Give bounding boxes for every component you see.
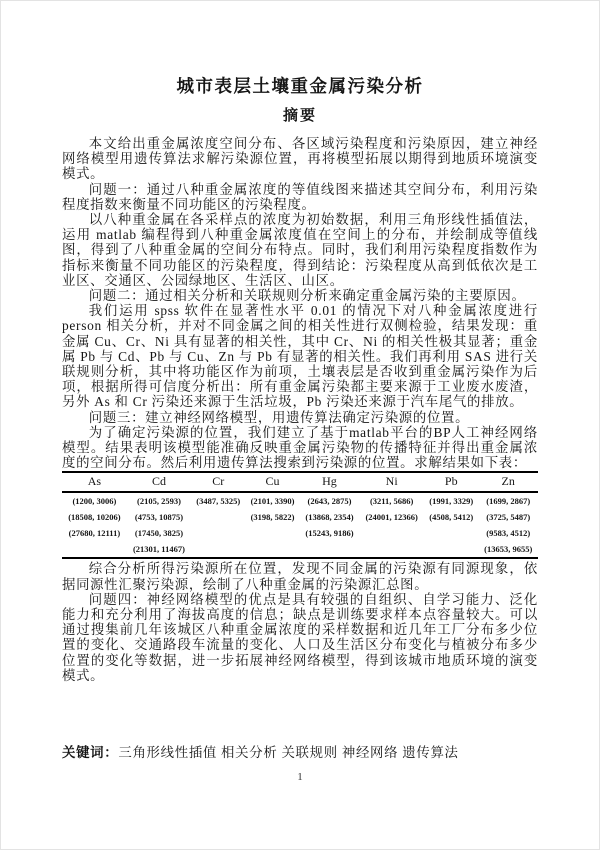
problem2-detail-paragraph: 我们运用 spss 软件在显著性水平 0.01 的情况下对八种金属浓度进行 pe… [62,303,538,409]
summary-paragraph: 综合分析所得污染源所在位置，发现不同金属的污染源有同源现象，依据同源性汇聚污染源… [62,561,538,591]
table-cell: (15243, 9186) [300,525,360,541]
table-cell: (4508, 5412) [424,509,478,525]
table-cell: (24001, 12366) [359,509,424,525]
page-number: 1 [1,771,599,783]
problem4-paragraph: 问题四：神经网络模型的优点是具有较强的自组织、自学习能力、泛化能力和充分利用了海… [62,592,538,683]
table-cell [245,525,299,541]
table-cell: (1699, 2867) [478,492,538,509]
table-cell: (3725, 5487) [478,509,538,525]
table-cell: (17450, 3825) [127,525,191,541]
table-cell: (13653, 9655) [478,541,538,558]
column-header-pb: Pb [424,472,478,492]
table-cell: (2105, 2593) [127,492,191,509]
keywords-terms: 三角形线性插值 相关分析 关联规则 神经网络 遗传算法 [118,745,458,760]
table-row: (1200, 3006) (2105, 2593) (3487, 5325) (… [62,492,538,509]
abstract-heading: 摘要 [62,107,538,125]
table-cell: (18508, 10206) [62,509,127,525]
table-cell [62,541,127,558]
paper-page: 城市表层土壤重金属污染分析 摘要 本文给出重金属浓度空间分布、各区域污染程度和污… [0,0,600,850]
table-cell: (4753, 10875) [127,509,191,525]
table-cell: (27680, 12111) [62,525,127,541]
table-cell: (1991, 3329) [424,492,478,509]
column-header-hg: Hg [300,472,360,492]
problem3-detail-paragraph: 为了确定污染源的位置，我们建立了基于matlab平台的BP人工神经网络模型。结果… [62,425,538,471]
table-cell [359,525,424,541]
table-row: (21301, 11467) (13653, 9655) [62,541,538,558]
pollution-source-results-table: As Cd Cr Cu Hg Ni Pb Zn (1200, 3006) (21… [62,471,538,559]
keywords-label: 关键词： [62,745,118,760]
table-cell [191,541,245,558]
abstract-paragraph: 本文给出重金属浓度空间分布、各区域污染程度和污染原因，建立神经网络模型用遗传算法… [62,136,538,182]
column-header-as: As [62,472,127,492]
table-cell: (2101, 3390) [245,492,299,509]
column-header-cd: Cd [127,472,191,492]
table-cell: (3198, 5822) [245,509,299,525]
table-cell [424,541,478,558]
table-row: (27680, 12111) (17450, 3825) (15243, 918… [62,525,538,541]
table-header-row: As Cd Cr Cu Hg Ni Pb Zn [62,472,538,492]
column-header-ni: Ni [359,472,424,492]
column-header-cu: Cu [245,472,299,492]
table-cell: (1200, 3006) [62,492,127,509]
problem1-intro-paragraph: 问题一：通过八种重金属浓度的等值线图来描述其空间分布，利用污染程度指数来衡量不同… [62,182,538,212]
table-cell [191,525,245,541]
page-title: 城市表层土壤重金属污染分析 [62,75,538,97]
table-cell [359,541,424,558]
table-cell [245,541,299,558]
table-cell [300,541,360,558]
table-cell [424,525,478,541]
table-cell: (13868, 2354) [300,509,360,525]
problem2-intro-paragraph: 问题二：通过相关分析和关联规则分析来确定重金属污染的主要原因。 [62,288,538,303]
keywords-line: 关键词：三角形线性插值 相关分析 关联规则 神经网络 遗传算法 [62,745,538,761]
table-cell: (2643, 2875) [300,492,360,509]
column-header-zn: Zn [478,472,538,492]
table-cell: (3211, 5686) [359,492,424,509]
table-cell: (9583, 4512) [478,525,538,541]
column-header-cr: Cr [191,472,245,492]
problem3-intro-paragraph: 问题三：建立神经网络模型，用遗传算法确定污染源的位置。 [62,410,538,425]
table-cell: (21301, 11467) [127,541,191,558]
table-cell [191,509,245,525]
table-row: (18508, 10206) (4753, 10875) (3198, 5822… [62,509,538,525]
table-cell: (3487, 5325) [191,492,245,509]
problem1-detail-paragraph: 以八种重金属在各采样点的浓度为初始数据，利用三角形线性插值法，运用 matlab… [62,212,538,288]
